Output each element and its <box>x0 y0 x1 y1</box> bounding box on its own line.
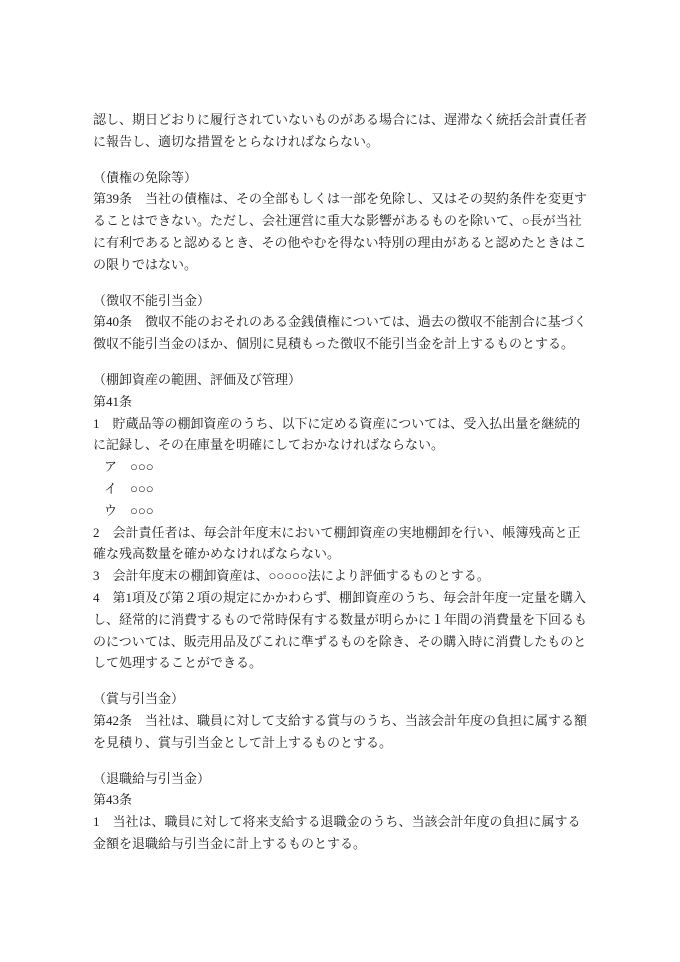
text-line: 認し、期日どおりに履行されていないものがある場合には、遅滞なく統括会計責任者 <box>93 109 595 131</box>
section-heading: （徴収不能引当金） <box>93 290 595 312</box>
article-43-number: 第43条 <box>93 789 595 811</box>
section-heading: （賞与引当金） <box>93 688 595 710</box>
section-inventory-assets: （棚卸資産の範囲、評価及び管理） 第41条 1 貯蔵品等の棚卸資産のうち、以下に… <box>93 369 595 674</box>
list-item-i: イ ○○○ <box>93 478 595 500</box>
article-42-line: 第42条 当社は、職員に対して支給する賞与のうち、当該会計年度の負担に属する額 <box>93 710 595 732</box>
section-retirement-allowance: （退職給与引当金） 第43条 1 当社は、職員に対して将来支給する退職金のうち、… <box>93 768 595 855</box>
article-41-item-3: 3 会計年度末の棚卸資産は、○○○○○法により評価するものとする。 <box>93 565 595 587</box>
article-39-line: に有利であると認めるとき、その他やむを得ない特別の理由があると認めたときはこ <box>93 232 595 254</box>
section-debt-exemption: （債権の免除等） 第39条 当社の債権は、その全部もしくは一部を免除し、又はその… <box>93 167 595 276</box>
article-39-line: 第39条 当社の債権は、その全部もしくは一部を免除し、又はその契約条件を変更す <box>93 188 595 210</box>
article-42-line: を見積り、賞与引当金として計上するものとする。 <box>93 732 595 754</box>
list-item-a: ア ○○○ <box>93 456 595 478</box>
section-bonus-allowance: （賞与引当金） 第42条 当社は、職員に対して支給する賞与のうち、当該会計年度の… <box>93 688 595 753</box>
document-page: 認し、期日どおりに履行されていないものがある場合には、遅滞なく統括会計責任者 に… <box>0 0 680 962</box>
article-41-item-4: して処理することができる。 <box>93 652 595 674</box>
list-item-u: ウ ○○○ <box>93 500 595 522</box>
article-41-item-1: 1 貯蔵品等の棚卸資産のうち、以下に定める資産については、受入払出量を継続的 <box>93 413 595 435</box>
article-41-number: 第41条 <box>93 391 595 413</box>
section-heading: （債権の免除等） <box>93 167 595 189</box>
text-line: に報告し、適切な措置をとらなければならない。 <box>93 131 595 153</box>
article-40-line: 徴収不能引当金のほか、個別に見積もった徴収不能引当金を計上するものとする。 <box>93 333 595 355</box>
section-heading: （退職給与引当金） <box>93 768 595 790</box>
article-41-item-2: 2 会計責任者は、毎会計年度末において棚卸資産の実地棚卸を行い、帳簿残高と正 <box>93 522 595 544</box>
article-43-item-1: 1 当社は、職員に対して将来支給する退職金のうち、当該会計年度の負担に属する <box>93 811 595 833</box>
article-41-item-4: し、経常的に消費するもので常時保有する数量が明らかに１年間の消費量を下回るも <box>93 609 595 631</box>
article-39-line: の限りではない。 <box>93 254 595 276</box>
section-heading: （棚卸資産の範囲、評価及び管理） <box>93 369 595 391</box>
article-39-line: ることはできない。ただし、会社運営に重大な影響があるものを除いて、○長が当社 <box>93 210 595 232</box>
article-41-item-4: のについては、販売用品及びこれに準ずるものを除き、その購入時に消費したものと <box>93 631 595 653</box>
article-41-item-1: に記録し、その在庫量を明確にしておかなければならない。 <box>93 434 595 456</box>
article-40-line: 第40条 徴収不能のおそれのある金銭債権については、過去の徴収不能割合に基づく <box>93 311 595 333</box>
section-uncollectible-allowance: （徴収不能引当金） 第40条 徴収不能のおそれのある金銭債権については、過去の徴… <box>93 290 595 355</box>
article-43-item-1: 金額を退職給与引当金に計上するものとする。 <box>93 833 595 855</box>
article-41-item-4: 4 第1項及び第２項の規定にかかわらず、棚卸資産のうち、毎会計年度一定量を購入 <box>93 587 595 609</box>
paragraph-continuation: 認し、期日どおりに履行されていないものがある場合には、遅滞なく統括会計責任者 に… <box>93 109 595 153</box>
article-41-item-2: 確な残高数量を確かめなければならない。 <box>93 543 595 565</box>
